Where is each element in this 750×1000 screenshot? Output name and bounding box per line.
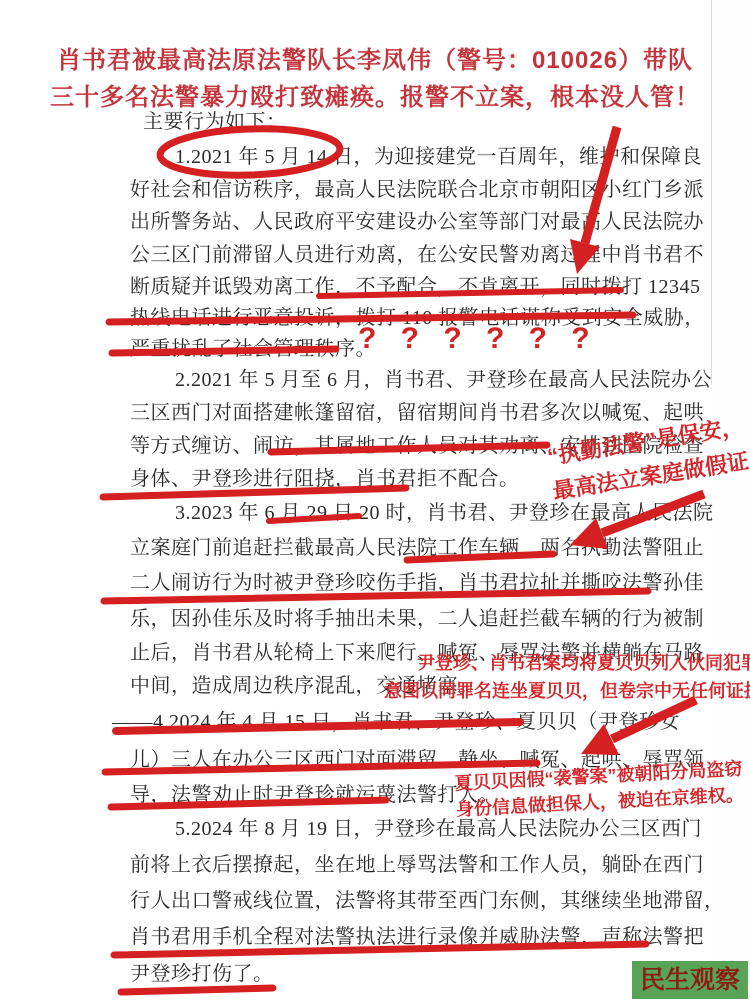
- question-marks-annotation: ? ? ? ? ? ?: [358, 322, 598, 356]
- document-line: 1.2021 年 5 月 14 日，为迎接建党一百周年，维护和保障良: [175, 140, 702, 169]
- document-line: 肖书君用手机全程对法警执法进行录像并威胁法警，声称法警把: [130, 920, 704, 949]
- headline-line-1: 肖书君被最高法原法警队长李凤伟（警号：010026）带队: [0, 40, 750, 75]
- headline-line-2: 三十多名法警暴力殴打致瘫痪。报警不立案，根本没人管！: [0, 77, 750, 112]
- document-line: 5.2024 年 8 月 19 日，尹登珍在最高人民法院办公三区西门: [175, 812, 702, 841]
- document-photo: 肖书君被最高法原法警队长李凤伟（警号：010026）带队 三十多名法警暴力殴打致…: [0, 0, 750, 1000]
- document-line: 出所警务站、人民政府平安建设办公室等部门对最高人民法院办: [130, 205, 704, 234]
- document-line: 主要行为如下：: [143, 105, 287, 134]
- document-line: 3.2023 年 6 月 29 日 20 时，肖书君、尹登珍在最高人民法院: [175, 496, 714, 525]
- document-line: 断质疑并诋毁劝离工作，不予配合，不肯离开，同时拨打 12345: [130, 270, 701, 299]
- minsheng-watermark: 民生观察: [632, 961, 748, 999]
- document-line: 立案庭门前追赶拦截最高人民法院工作车辆，两名执勤法警阻止: [130, 531, 704, 560]
- document-line: 二人闹访行为时被尹登珍咬伤手指，肖书君拉扯并撕咬法警孙佳: [130, 566, 704, 595]
- document-line: ——4.2024 年 4 月 15 日，肖书君、尹登珍、夏贝贝（尹登珍女: [112, 705, 680, 734]
- document-line: 严重扰乱了社会管理秩序。: [130, 332, 376, 361]
- document-line: 行人出口警戒线位置，法警将其带至西门东侧，其继续坐地滞留，: [130, 884, 725, 913]
- joint-crime-note-line2: 意图以同罪名连坐夏贝贝，但卷宗中无任何证据。: [384, 677, 750, 703]
- document-line: 导，法警劝止时尹登珍就污蔑法警打人。: [130, 778, 499, 807]
- document-line: 好社会和信访秩序，最高人民法院联合北京市朝阳区小红门乡派: [130, 173, 704, 202]
- document-line: 前将上衣后摆撩起，坐在地上辱骂法警和工作人员，躺卧在西门: [130, 848, 704, 877]
- joint-crime-note-line1: 尹登珍、肖书君案均将夏贝贝列入伙同犯罪，: [417, 649, 750, 675]
- document-line: 2.2021 年 5 月至 6 月，肖书君、尹登珍在最高人民法院办公: [175, 363, 712, 392]
- document-line: 尹登珍打伤了。: [130, 957, 274, 986]
- document-line: 乐，因孙佳乐及时将手抽出未果，二人追赶拦截车辆的行为被制: [130, 602, 704, 631]
- document-line: 三区西门对面搭建帐篷留宿，留宿期间肖书君多次以喊冤、起哄: [130, 396, 704, 425]
- document-line: 身体、尹登珍进行阻挠，肖书君拒不配合。: [130, 462, 520, 491]
- document-line: 公三区门前滞留人员进行劝离，在公安民警劝离过程中肖书君不: [130, 238, 704, 267]
